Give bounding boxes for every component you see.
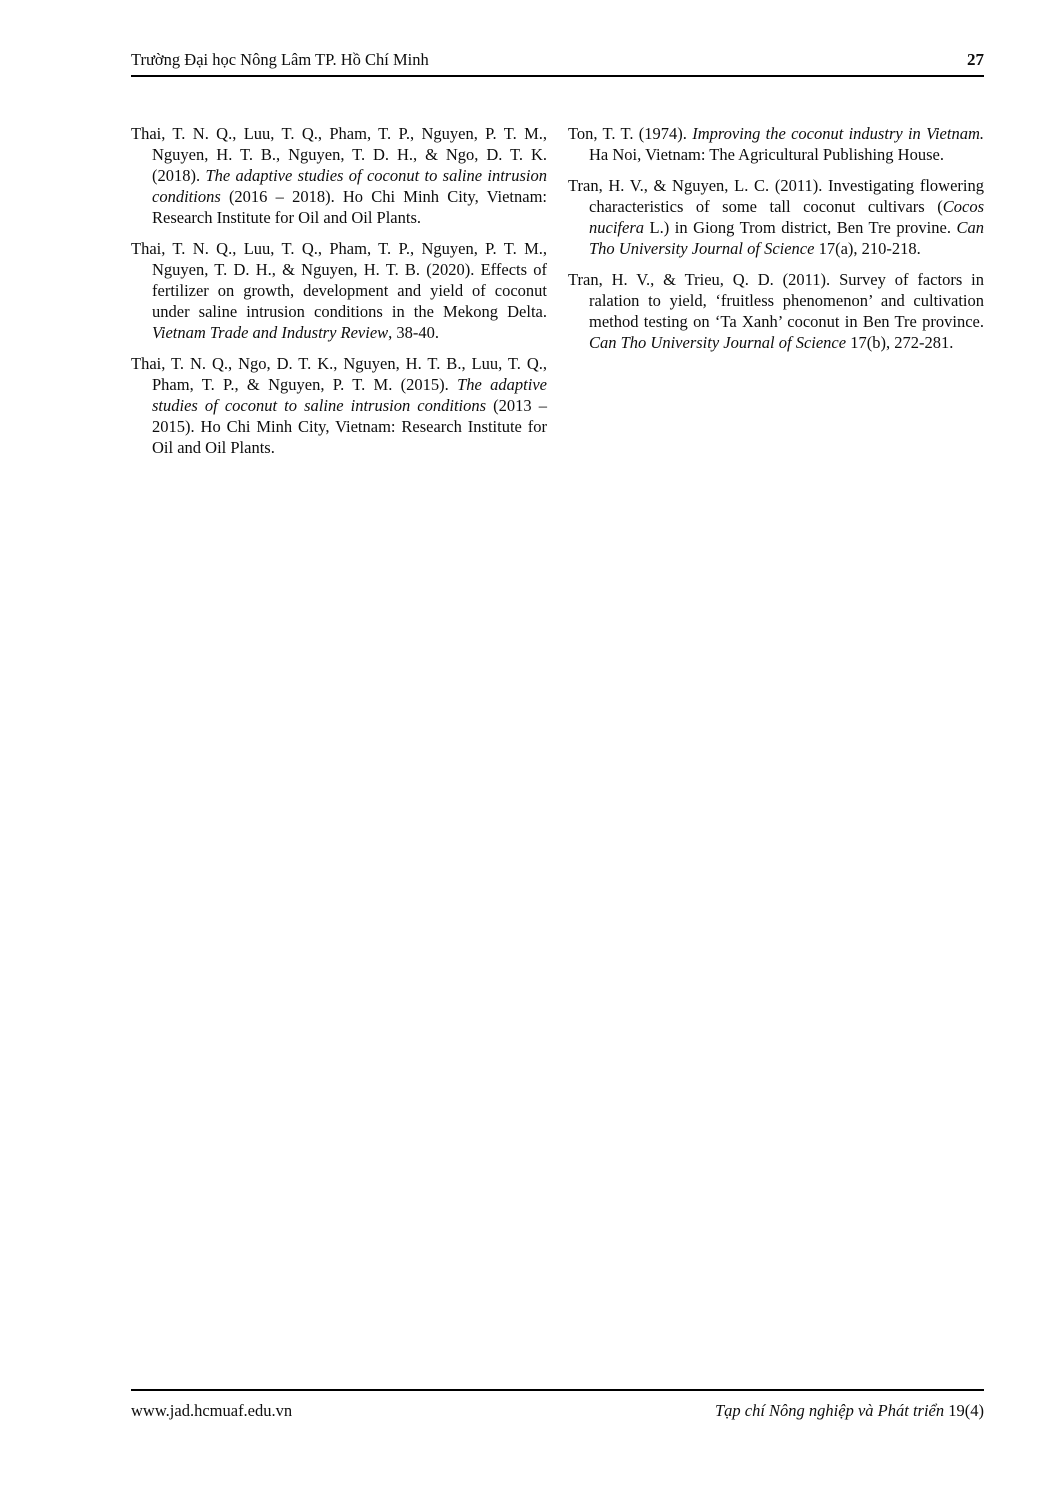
page-footer: www.jad.hcmuaf.edu.vn Tạp chí Nông nghiệ… — [131, 1389, 984, 1421]
reference-segment: , 38-40. — [388, 323, 439, 342]
reference-segment: Ton, T. T. (1974). — [568, 124, 692, 143]
reference-title: Vietnam Trade and Industry Review — [152, 323, 388, 342]
reference-segment: Tran, H. V., & Nguyen, L. C. (2011). Inv… — [568, 176, 984, 216]
reference-segment: Thai, T. N. Q., Luu, T. Q., Pham, T. P.,… — [131, 239, 547, 321]
page-header: Trường Đại học Nông Lâm TP. Hồ Chí Minh … — [131, 49, 984, 77]
reference-segment: 17(a), 210-218. — [814, 239, 920, 258]
reference-entry: Tran, H. V., & Nguyen, L. C. (2011). Inv… — [568, 175, 984, 259]
reference-segment: Tran, H. V., & Trieu, Q. D. (2011). Surv… — [568, 270, 984, 331]
reference-entry: Thai, T. N. Q., Luu, T. Q., Pham, T. P.,… — [131, 123, 547, 228]
page-number: 27 — [967, 49, 984, 70]
reference-entry: Thai, T. N. Q., Ngo, D. T. K., Nguyen, H… — [131, 353, 547, 458]
reference-title: Improving the coconut industry in Vietna… — [692, 124, 984, 143]
reference-segment: 17(b), 272-281. — [846, 333, 953, 352]
reference-entry: Thai, T. N. Q., Luu, T. Q., Pham, T. P.,… — [131, 238, 547, 343]
reference-entry: Ton, T. T. (1974). Improving the coconut… — [568, 123, 984, 165]
journal-page: Trường Đại học Nông Lâm TP. Hồ Chí Minh … — [0, 0, 1047, 1488]
references-column-right: Ton, T. T. (1974). Improving the coconut… — [568, 123, 984, 468]
references-section: Thai, T. N. Q., Luu, T. Q., Pham, T. P.,… — [131, 123, 984, 468]
journal-issue-number: 19(4) — [944, 1401, 984, 1420]
reference-segment: L.) in Giong Trom district, Ben Tre prov… — [644, 218, 956, 237]
running-title: Trường Đại học Nông Lâm TP. Hồ Chí Minh — [131, 49, 429, 70]
references-column-left: Thai, T. N. Q., Luu, T. Q., Pham, T. P.,… — [131, 123, 547, 468]
reference-journal-name: Can Tho University Journal of Science — [589, 333, 846, 352]
journal-name: Tạp chí Nông nghiệp và Phát triển — [715, 1401, 944, 1420]
reference-segment: Ha Noi, Vietnam: The Agricultural Publis… — [589, 145, 944, 164]
journal-citation: Tạp chí Nông nghiệp và Phát triển 19(4) — [715, 1400, 984, 1421]
journal-website-url: www.jad.hcmuaf.edu.vn — [131, 1400, 292, 1421]
reference-entry: Tran, H. V., & Trieu, Q. D. (2011). Surv… — [568, 269, 984, 353]
